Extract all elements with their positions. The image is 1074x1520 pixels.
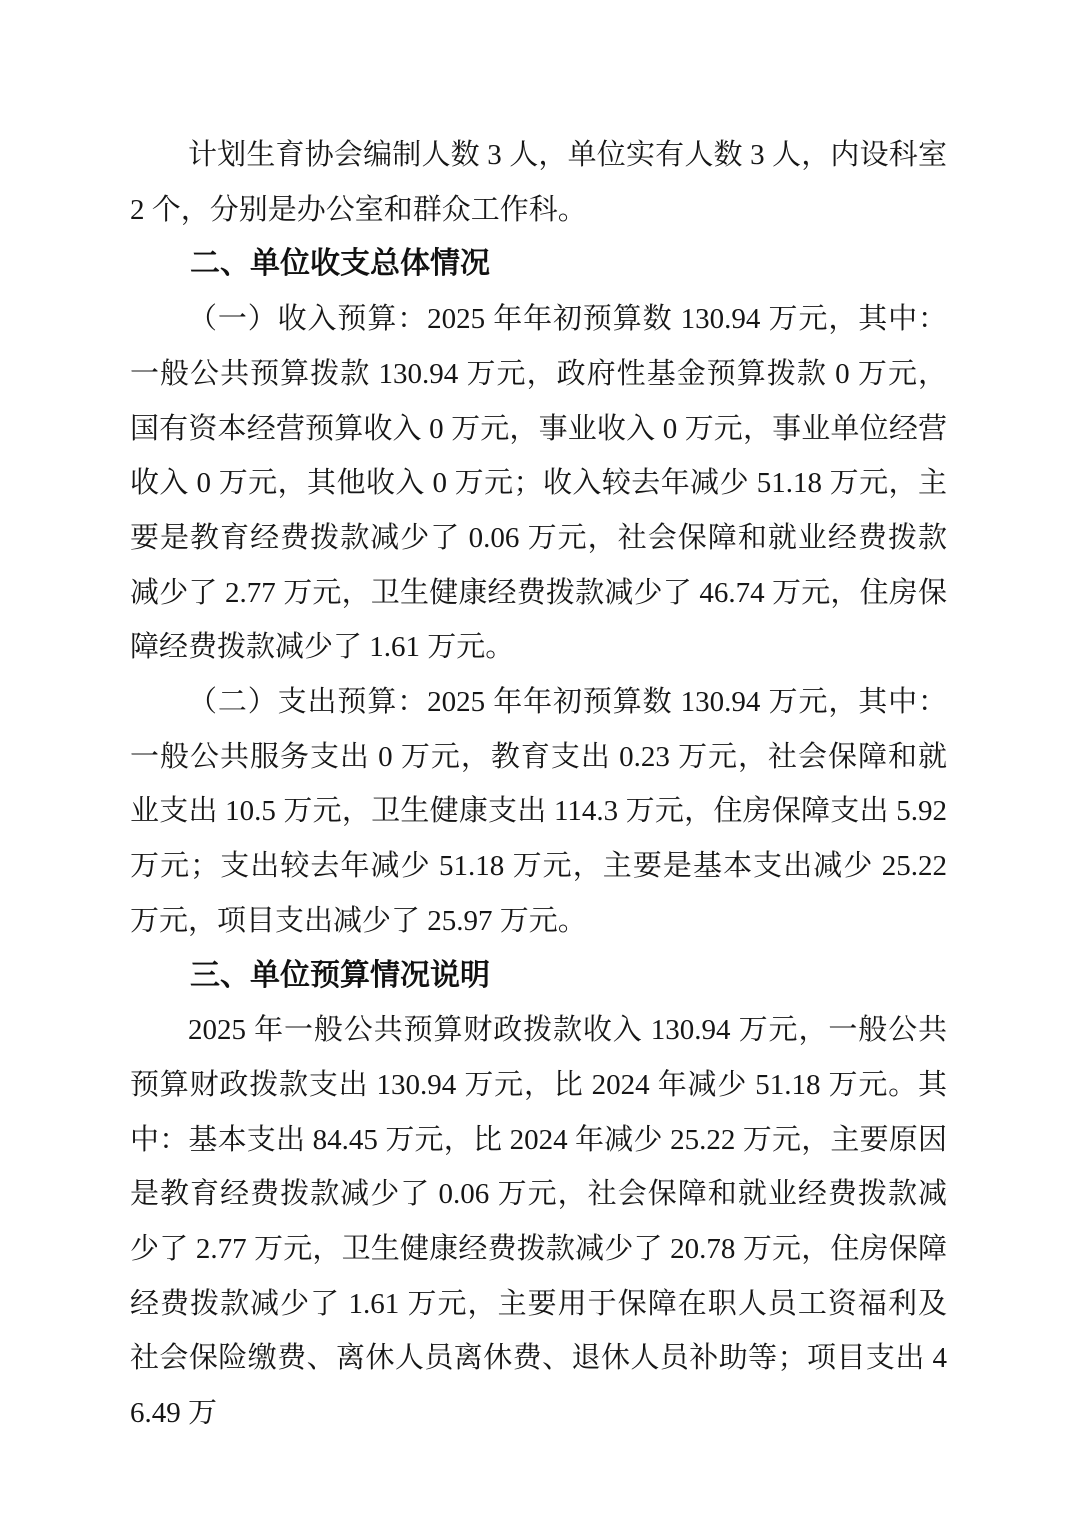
paragraph-budget-notes: 2025 年一般公共预算财政拨款收入 130.94 万元，一般公共预算财政拨款支…: [130, 1003, 947, 1441]
paragraph-staffing-intro: 计划生育协会编制人数 3 人，单位实有人数 3 人，内设科室 2 个，分别是办公…: [130, 128, 947, 237]
paragraph-expenditure-budget: （二）支出预算：2025 年年初预算数 130.94 万元，其中：一般公共服务支…: [130, 675, 947, 949]
section-heading-income-expense: 二、单位收支总体情况: [130, 237, 947, 292]
paragraph-income-budget: （一）收入预算：2025 年年初预算数 130.94 万元，其中：一般公共预算拨…: [130, 292, 947, 675]
document-page: 计划生育协会编制人数 3 人，单位实有人数 3 人，内设科室 2 个，分别是办公…: [0, 0, 1074, 1520]
section-heading-budget-notes: 三、单位预算情况说明: [130, 949, 947, 1004]
